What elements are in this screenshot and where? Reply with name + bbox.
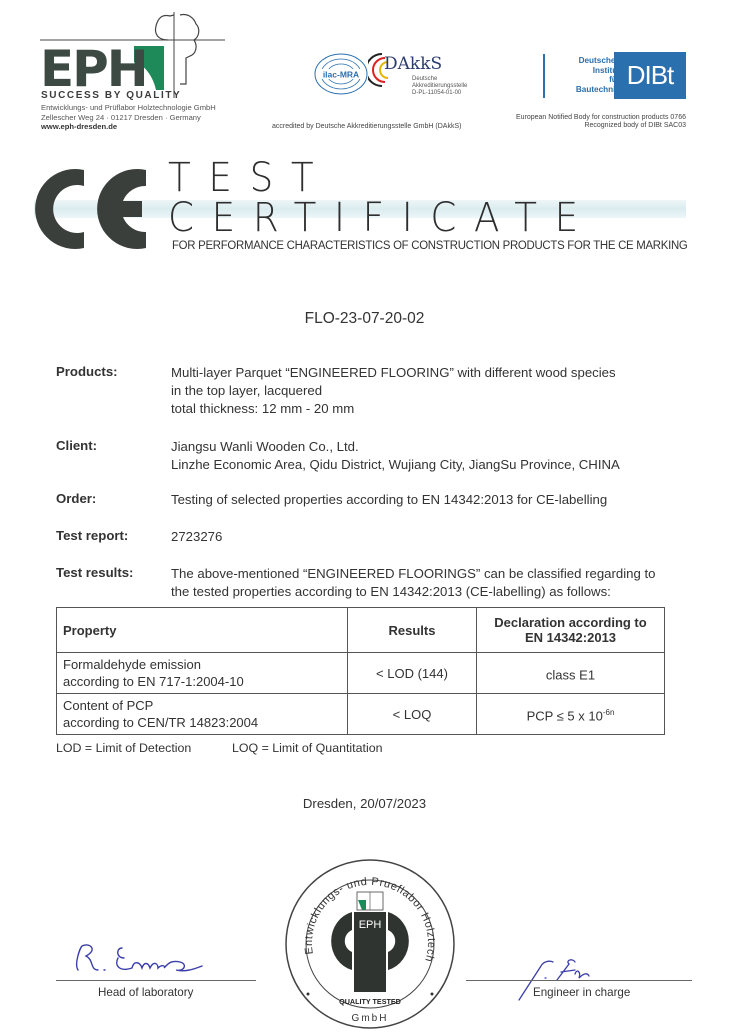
svg-text:GmbH: GmbH <box>352 1013 389 1024</box>
cell-declaration: class E1 <box>477 653 665 694</box>
cell-property: Formaldehyde emission according to EN 71… <box>57 653 348 694</box>
dakks-title: DAkkS <box>384 54 442 74</box>
eph-address: Zellescher Weg 24 · 01217 Dresden · Germ… <box>41 113 216 123</box>
eph-quality-seal-icon: Entwicklungs- und Prueflabor Holztechnol… <box>284 858 456 1030</box>
header-results: Results <box>348 608 477 653</box>
lod-legend: LOD = Limit of Detection <box>56 741 191 755</box>
order-label: Order: <box>56 491 96 506</box>
head-of-laboratory-label: Head of laboratory <box>98 986 193 999</box>
signature-line-right <box>466 980 692 981</box>
dibt-logo: DIBt <box>614 52 686 99</box>
cell-declaration: PCP ≤ 5 x 10-6n <box>477 694 665 735</box>
eph-logo-text: EPH <box>40 44 147 94</box>
header-declaration: Declaration according to EN 14342:2013 <box>477 608 665 653</box>
loq-legend: LOQ = Limit of Quantitation <box>232 741 383 755</box>
cell-result: < LOQ <box>348 694 477 735</box>
products-label: Products: <box>56 364 118 379</box>
dibt-divider <box>543 54 545 98</box>
table-row: Content of PCP according to CEN/TR 14823… <box>57 694 665 735</box>
order-value: Testing of selected properties according… <box>171 491 607 509</box>
dakks-subtitle: Deutsche Akkreditierungsstelle D-PL-1105… <box>412 76 467 97</box>
svg-text:EPH: EPH <box>359 919 382 931</box>
certificate-title: TEST CERTIFICATE <box>168 158 690 238</box>
table-row: Formaldehyde emission according to EN 71… <box>57 653 665 694</box>
products-value: Multi-layer Parquet “ENGINEERED FLOORING… <box>171 364 616 418</box>
signature-line-left <box>56 980 256 981</box>
table-header-row: Property Results Declaration according t… <box>57 608 665 653</box>
test-report-label: Test report: <box>56 528 128 543</box>
certificate-number: FLO-23-07-20-02 <box>0 310 729 328</box>
test-results-value: The above-mentioned “ENGINEERED FLOORING… <box>171 565 655 601</box>
eph-logo: EPH ® SUCCESS BY QUALITY Entwicklungs- u… <box>0 0 260 140</box>
results-table: Property Results Declaration according t… <box>56 607 665 735</box>
ce-mark-icon <box>34 166 152 252</box>
svg-text:QUALITY TESTED: QUALITY TESTED <box>339 997 401 1006</box>
svg-text:ilac-MRA: ilac-MRA <box>323 70 359 80</box>
eph-address-block: Entwicklungs- und Prüflabor Holztechnolo… <box>41 103 216 132</box>
cell-result: < LOD (144) <box>348 653 477 694</box>
test-results-label: Test results: <box>56 565 133 580</box>
dibt-name: Deutsches Institut für Bautechnik <box>560 56 620 94</box>
place-date: Dresden, 20/07/2023 <box>0 796 729 811</box>
eph-company: Entwicklungs- und Prüflabor Holztechnolo… <box>41 103 216 113</box>
header-property: Property <box>57 608 348 653</box>
client-value: Jiangsu Wanli Wooden Co., Ltd. Linzhe Ec… <box>171 438 620 474</box>
registered-mark: ® <box>135 72 143 84</box>
accredited-by-text: accredited by Deutsche Akkreditierungsst… <box>272 123 461 130</box>
eph-website[interactable]: www.eph-dresden.de <box>41 122 216 132</box>
cell-property: Content of PCP according to CEN/TR 14823… <box>57 694 348 735</box>
head-of-lab-signature <box>60 940 210 984</box>
ilac-mra-logo-icon: ilac-MRA <box>313 52 369 96</box>
client-label: Client: <box>56 438 97 453</box>
test-report-value: 2723276 <box>171 528 222 546</box>
certificate-subtitle: FOR PERFORMANCE CHARACTERISTICS OF CONST… <box>172 238 688 252</box>
notified-body-note: European Notified Body for construction … <box>460 114 686 131</box>
eph-slogan: SUCCESS BY QUALITY <box>41 90 181 101</box>
engineer-in-charge-label: Engineer in charge <box>533 986 630 999</box>
